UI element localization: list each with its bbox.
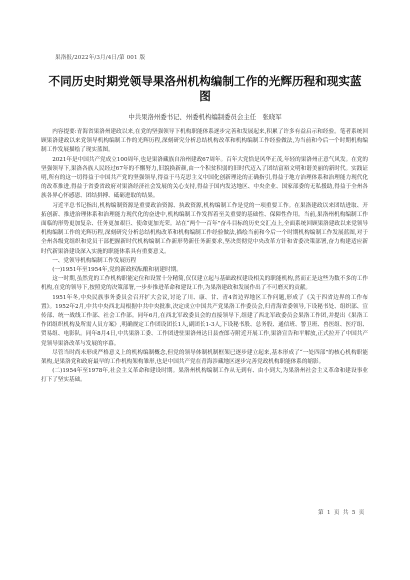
source-line: 果洛报/2022年/3月/4日/第 001 版 [55,53,145,61]
document-body: 内容提要:青海省果洛州建政以来,在党的坚强领导下机构职能体系逐步完善和发展起来,… [41,128,368,386]
document-page: 果洛报/2022年/3月/4日/第 001 版 不同历史时期党领导果洛州机构编制… [0,0,410,580]
author-line: 中共果洛州委书记、州委机构编制委员会主任 张晓军 [44,112,366,121]
section-heading: 一、党领导机构编制工作发展历程 [41,257,368,266]
abstract-paragraph: 内容提要:青海省果洛州建政以来,在党的坚强领导下机构职能体系逐步完善和发展起来,… [41,128,368,156]
body-paragraph: (二)1954年至1978年,社会主义革命和建设时期。果洛州机构编制工作从无到有… [41,367,368,385]
body-paragraph: 1951年冬,中央民族事务委员会召开扩大会议,讨论了川、康、甘、青4省边界地区工… [41,294,368,349]
body-paragraph: 2021年是中国共产党成立100周年,也是果洛藏族自治州建政67周年。百年大党恰… [41,156,368,202]
body-paragraph: 尽管当时尚未形成严格意义上的机构编制概念,但党的领导体制机制框架已逐步建立起来,… [41,349,368,367]
body-paragraph: 习近平总书记指出,机构编制资源是重要政治资源、执政资源,机构编制工作是党的一项重… [41,202,368,257]
body-paragraph: 这一时期,虽然党的工作机构职能定位和设置十分精简,仅仅建立起与基础政权建设相关的… [41,275,368,293]
document-title: 不同历史时期党领导果洛州机构编制工作的光辉历程和现实蓝图 [44,74,366,104]
subsection-heading: (一)1951年至1954年,党的新政权酝酿和初建时期。 [41,266,368,275]
page-number: 第 1 页 共 5 页 [318,508,365,516]
